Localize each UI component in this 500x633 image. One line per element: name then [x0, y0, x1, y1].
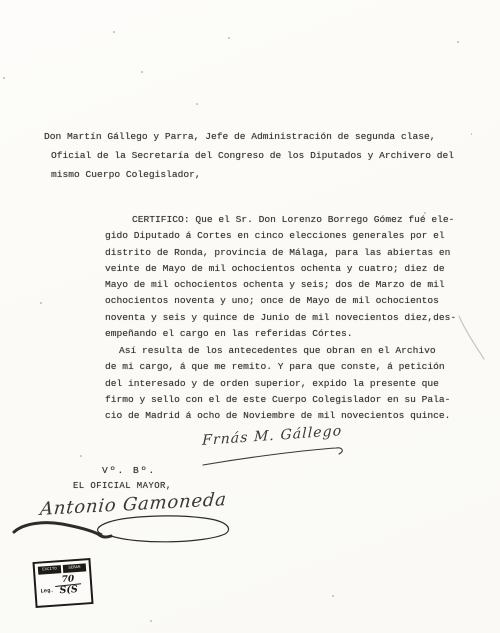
typed-line: Don Martín Gállego y Parra, Jefe de Admi…: [44, 131, 454, 150]
paper-speck: [141, 71, 143, 73]
typed-line: Así resulta de los antecedentes que obra…: [119, 345, 450, 361]
archive-stamp: EXCITO SEBAN Leg. 70 S(S: [32, 558, 93, 608]
gamoneda-flourish-loop: [98, 516, 229, 542]
typed-line: distrito de Ronda, provincia de Málaga, …: [105, 247, 456, 263]
paper-speck: [150, 620, 152, 622]
paper-speck: [196, 103, 198, 105]
typed-line: empeñando el cargo en las referidas Córt…: [105, 328, 456, 344]
paper-speck: [80, 455, 82, 457]
closing-paragraph: Así resulta de los antecedentes que obra…: [105, 345, 450, 426]
typed-line: ochocientos noventa y uno; once de Mayo …: [105, 295, 456, 311]
typed-line: mismo Cuerpo Colegislador,: [51, 169, 454, 188]
typed-line: CERTIFICO: Que el Sr. Don Lorenzo Borreg…: [132, 214, 456, 230]
oficial-mayor-label: EL OFICIAL MAYOR,: [73, 481, 172, 491]
typed-line: Oficial de la Secretaría del Congreso de…: [51, 150, 454, 169]
paper-speck: [113, 31, 115, 33]
stamp-legajo-row: Leg. 70 S(S: [40, 574, 91, 597]
paper-speck: [424, 212, 426, 214]
paper-speck: [457, 41, 459, 43]
pen-mark: [459, 316, 484, 359]
typed-line: noventa y seis y quince de Junio de mil …: [105, 312, 456, 328]
typed-line: del interesado y de orden superior, expi…: [105, 378, 450, 394]
stamp-header-right: SEBAN: [63, 563, 87, 573]
typed-line: firmo y sello con el de este Cuerpo Cole…: [105, 394, 450, 410]
paper-speck: [332, 595, 334, 597]
opening-paragraph: Don Martín Gállego y Parra, Jefe de Admi…: [44, 131, 454, 187]
gamoneda-flourish-thick: [14, 523, 111, 537]
paper-speck: [3, 77, 5, 79]
typed-line: veinte de Mayo de mil ochocientos ochent…: [105, 263, 456, 279]
paper-speck: [228, 37, 230, 39]
paper-speck: [40, 302, 42, 304]
typed-line: de mi cargo, á que me remito. Y para que…: [105, 361, 450, 377]
typed-line: gido Diputado á Cortes en cinco eleccion…: [105, 230, 456, 246]
typed-line: cio de Madrid á ocho de Noviembre de mil…: [105, 410, 450, 426]
certification-paragraph: CERTIFICO: Que el Sr. Don Lorenzo Borreg…: [105, 214, 456, 344]
legajo-fraction: 70 S(S: [55, 575, 82, 597]
stamp-header-left: EXCITO: [38, 565, 62, 575]
stamp-header: EXCITO SEBAN: [38, 563, 86, 574]
paper-speck: [471, 133, 473, 135]
gallego-signature-flourish: [203, 448, 342, 465]
visto-bueno-label: Vº. Bº.: [102, 465, 156, 476]
gallego-signature: Frnás M. Gállego: [202, 423, 343, 449]
typed-line: Mayo de mil ochocientos ochenta y seis; …: [105, 279, 456, 295]
gamoneda-signature: Antonio Gamoneda: [39, 489, 227, 520]
legajo-label: Leg.: [40, 586, 54, 594]
document-page: Don Martín Gállego y Parra, Jefe de Admi…: [0, 0, 500, 633]
